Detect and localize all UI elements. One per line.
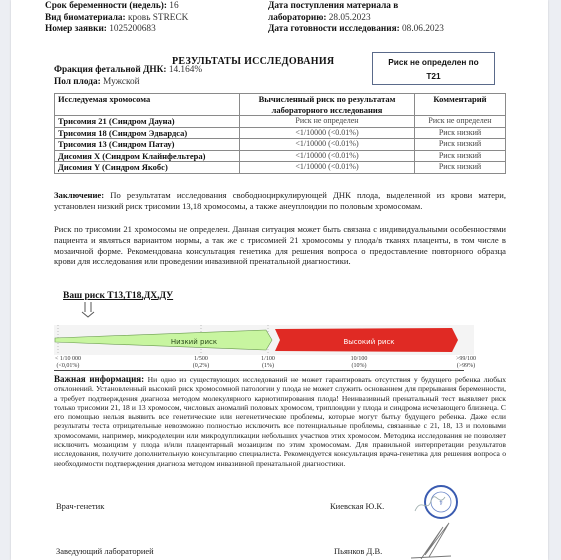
header-risk: Вычисленный риск по результатам лаборато… [240,94,415,116]
table-row: Трисомия 18 (Синдром Эдвардса)<1/10000 (… [55,127,506,139]
received-date: 28.05.2023 [329,13,371,23]
svg-text:Высокий риск: Высокий риск [343,338,394,346]
biomaterial-row: Вид биоматериала: кровь STRECK [45,13,188,25]
results-table: Исследуемая хромосома Вычисленный риск п… [54,93,506,174]
fetal-info: Фракция фетальной ДНК: 14.164% Пол плода… [54,65,202,88]
received-label: Дата поступления материала в [268,1,444,13]
report-page: Срок беременности (недель): 16 Вид биома… [11,0,548,560]
stamp-and-signature-icon: ⚕ [411,483,471,560]
table-row: Дисомия X (Синдром Клайнфельтера)<1/1000… [55,150,506,162]
risk-cell: <1/10000 (<0.01%) [240,139,415,151]
conclusion: Заключение: По результатам исследования … [54,190,506,212]
scale-tick-label: 1/100(1%) [248,356,288,370]
signature-role-lab-head: Заведующий лабораторией [56,546,154,556]
signature-role-geneticist: Врач-генетик [56,501,104,511]
comment-cell: Риск не определен [415,116,506,128]
risk-marker-arrow-icon [81,302,101,318]
chromosome-cell: Трисомия 21 (Синдром Дауна) [55,116,240,128]
t21-risk-box: Риск не определен по T21 [372,52,495,85]
patient-info: Срок беременности (недель): 16 Вид биома… [45,1,188,36]
order-row: Номер заявки: 1025200683 [45,24,188,36]
scale-tick-label: < 1/10 000(<0,01%) [48,356,88,370]
ready-row: Дата готовности исследования: 08.06.2023 [268,24,444,36]
comment-cell: Риск низкий [415,150,506,162]
risk-cell: <1/10000 (<0.01%) [240,150,415,162]
header-comment: Комментарий [415,94,506,116]
chromosome-cell: Трисомия 18 (Синдром Эдвардса) [55,127,240,139]
table-row: Трисомия 13 (Синдром Патау)<1/10000 (<0.… [55,139,506,151]
comment-cell: Риск низкий [415,139,506,151]
comment-cell: Риск низкий [415,127,506,139]
dates-info: Дата поступления материала в лабораторию… [268,1,444,36]
t21-note: Риск по трисомии 21 хромосомы не определ… [54,224,506,267]
risk-scale-graphic: Низкий риск Высокий риск [54,325,514,355]
risk-cell: <1/10000 (<0.01%) [240,127,415,139]
risk-cell: Риск не определен [240,116,415,128]
signature-name-lab-head: Пьянков Д.В. [334,546,382,556]
fetal-sex-row: Пол плода: Мужской [54,77,202,89]
order-number: 1025200683 [109,24,155,34]
risk-scale-title: Ваш риск Т13,Т18,ДХ,ДУ [63,291,173,301]
signature-name-geneticist: Киевская Ю.К. [330,501,384,511]
scale-tick-label: 1/500(0,2%) [181,356,221,370]
divider [54,370,464,371]
chromosome-cell: Дисомия X (Синдром Клайнфельтера) [55,150,240,162]
chromosome-cell: Трисомия 13 (Синдром Патау) [55,139,240,151]
table-header-row: Исследуемая хромосома Вычисленный риск п… [55,94,506,116]
header-chromosome: Исследуемая хромосома [55,94,240,116]
fetal-fraction-value: 14.164% [169,65,202,75]
gestation-value: 16 [169,1,178,11]
gestation-row: Срок беременности (недель): 16 [45,1,188,13]
important-info: Важная информация: Ни одно из существующ… [54,375,506,468]
biomaterial-value: кровь STRECK [128,13,188,23]
svg-text:Низкий риск: Низкий риск [171,338,217,346]
table-row: Трисомия 21 (Синдром Дауна)Риск не опред… [55,116,506,128]
risk-cell: <1/10000 (<0.01%) [240,162,415,174]
scale-tick-label: 10/100(10%) [339,356,379,370]
risk-scale-bar: Низкий риск Высокий риск < 1/10 000(<0,0… [54,325,514,370]
chromosome-cell: Дисомия Y (Синдром Якобс) [55,162,240,174]
fetal-sex-value: Мужской [103,77,140,87]
scale-tick-label: >99/100(>99%) [446,356,486,370]
ready-date: 08.06.2023 [402,24,444,34]
comment-cell: Риск низкий [415,162,506,174]
fetal-fraction-row: Фракция фетальной ДНК: 14.164% [54,65,202,77]
table-row: Дисомия Y (Синдром Якобс)<1/10000 (<0.01… [55,162,506,174]
received-row: лабораторию: 28.05.2023 [268,13,444,25]
